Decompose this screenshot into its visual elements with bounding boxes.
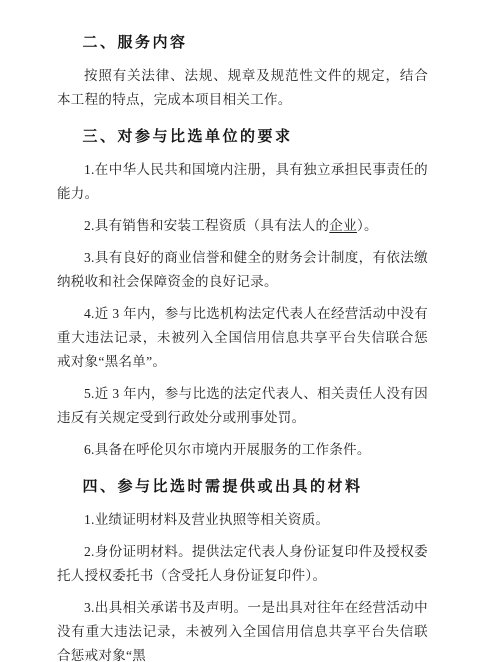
requirement-item-2: 2.具有销售和安装工程资质（具有法人的企业）。 bbox=[57, 214, 428, 238]
material-item-2: 2.身份证明材料。提供法定代表人身份证复印件及授权委托人授权委托书（含受托人身份… bbox=[57, 540, 428, 588]
requirement-item-5: 5.近 3 年内，参与比选的法定代表人、相关责任人没有因违反有关规定受到行政处分… bbox=[57, 382, 428, 430]
requirement-item-1: 1.在中华人民共和国境内注册，具有独立承担民事责任的能力。 bbox=[57, 158, 428, 206]
requirement-item-3: 3.具有良好的商业信誉和健全的财务会计制度，有依法缴纳税收和社会保障资金的良好记… bbox=[57, 246, 428, 294]
material-item-1: 1.业绩证明材料及营业执照等相关资质。 bbox=[57, 508, 428, 532]
requirement-item-2-underlined-term: 企业 bbox=[329, 218, 357, 233]
paragraph-service-content: 按照有关法律、法规、规章及规范性文件的规定，结合本工程的特点，完成本项目相关工作… bbox=[57, 64, 428, 112]
requirement-item-2-prefix: 2.具有销售和安装工程资质（具有法人的 bbox=[84, 218, 329, 233]
material-item-3: 3.出具相关承诺书及声明。一是出具对往年在经营活动中没有重大违法记录，未被列入全… bbox=[57, 596, 428, 662]
section-heading-service-content: 二、服务内容 bbox=[57, 30, 428, 56]
section-heading-required-materials: 四、参与比选时需提供或出具的材料 bbox=[57, 474, 428, 500]
requirement-item-6: 6.具备在呼伦贝尔市境内开展服务的工作条件。 bbox=[57, 438, 428, 462]
document-page: 二、服务内容 按照有关法律、法规、规章及规范性文件的规定，结合本工程的特点，完成… bbox=[0, 0, 484, 662]
section-heading-bidder-requirements: 三、对参与比选单位的要求 bbox=[57, 124, 428, 150]
requirement-item-2-suffix: ）。 bbox=[357, 218, 378, 233]
requirement-item-4: 4.近 3 年内，参与比选机构法定代表人在经营活动中没有重大违法记录，未被列入全… bbox=[57, 302, 428, 374]
